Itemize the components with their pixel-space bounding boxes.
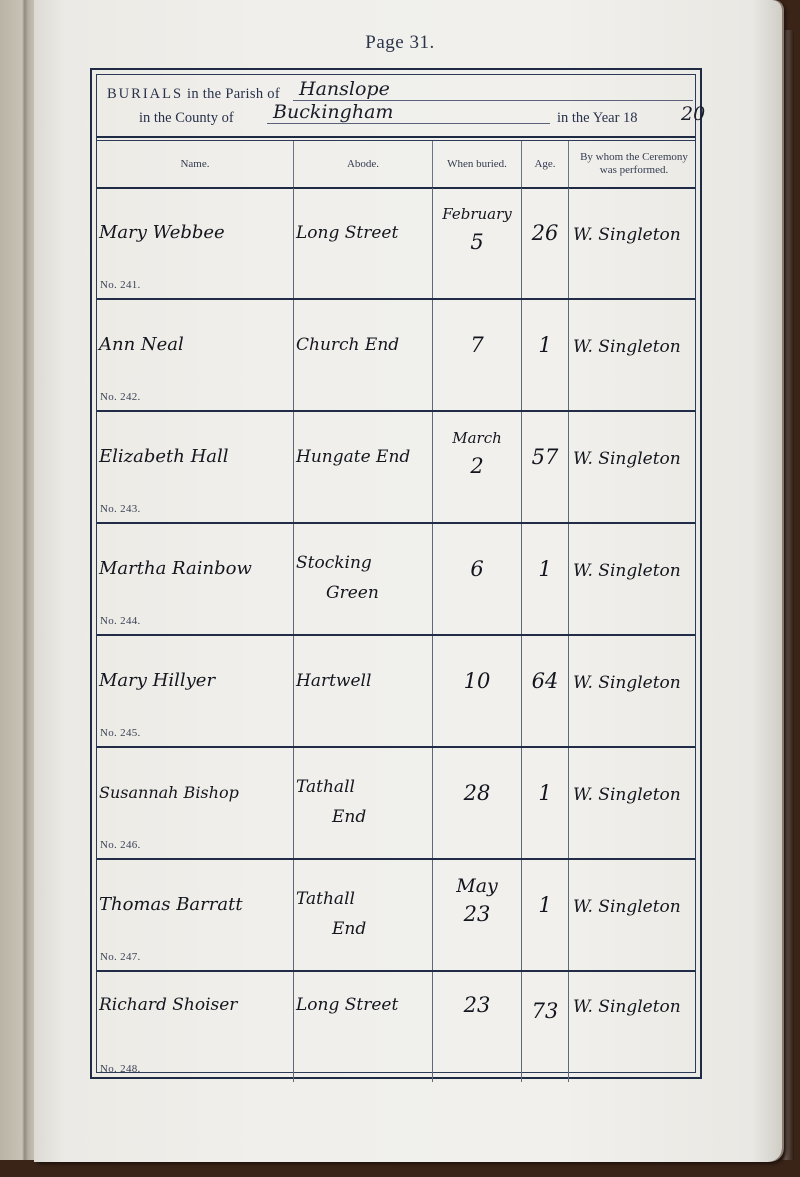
age-cell: 57 <box>522 412 569 522</box>
entry-officiant: W. Singleton <box>573 224 681 246</box>
entry-age: 1 <box>522 558 568 580</box>
table-row: Richard Shoiser No. 248. Long Street 23 … <box>97 972 695 1082</box>
entry-burial-date: February 5 <box>433 200 521 256</box>
entry-name: Thomas Barratt <box>99 894 243 916</box>
entry-age: 26 <box>522 222 568 244</box>
age-cell: 64 <box>522 636 569 746</box>
entry-abode: Hungate End <box>296 446 410 468</box>
entry-abode: Long Street <box>296 994 398 1016</box>
entry-number: No. 245. <box>100 727 141 739</box>
officiant-cell: W. Singleton <box>569 524 699 634</box>
abode-cell: Stocking Green <box>294 524 433 634</box>
entry-abode: Tathall End <box>296 772 366 832</box>
page-edge <box>780 30 794 1160</box>
year-label: in the Year 18 <box>557 110 638 127</box>
entry-burial-day: 23 <box>464 902 491 926</box>
table-row: Mary Hillyer No. 245. Hartwell 10 64 W. … <box>97 636 695 748</box>
year-field: 20 <box>681 103 705 125</box>
name-cell: Thomas Barratt No. 247. <box>97 860 294 970</box>
abode-cell: Tathall End <box>294 748 433 858</box>
entry-name: Elizabeth Hall <box>99 446 229 468</box>
age-cell: 1 <box>522 860 569 970</box>
entry-abode: Church End <box>296 334 399 356</box>
column-header-row: Name. Abode. When buried. Age. By whom t… <box>97 140 695 189</box>
entry-number: No. 241. <box>100 279 141 291</box>
title-county-label: in the County of <box>139 110 234 127</box>
when-buried-cell: 23 <box>433 972 522 1082</box>
table-row: Elizabeth Hall No. 243. Hungate End Marc… <box>97 412 695 524</box>
entry-burial-day: 7 <box>433 334 521 356</box>
column-header-officiant: By whom the Ceremony was performed. <box>569 141 699 187</box>
entry-officiant: W. Singleton <box>573 560 681 582</box>
officiant-cell: W. Singleton <box>569 300 699 410</box>
officiant-cell: W. Singleton <box>569 636 699 746</box>
entry-age: 1 <box>522 334 568 356</box>
entry-age: 64 <box>522 670 568 692</box>
abode-cell: Hungate End <box>294 412 433 522</box>
entry-abode: Long Street <box>296 222 398 244</box>
column-header-when-buried: When buried. <box>433 141 522 187</box>
column-header-abode: Abode. <box>294 141 433 187</box>
when-buried-cell: 10 <box>433 636 522 746</box>
table-row: Martha Rainbow No. 244. Stocking Green 6… <box>97 524 695 636</box>
title-parish-label: in the Parish of <box>187 86 280 102</box>
entry-name: Mary Hillyer <box>99 670 215 692</box>
abode-cell: Hartwell <box>294 636 433 746</box>
name-cell: Mary Hillyer No. 245. <box>97 636 294 746</box>
table-row: Ann Neal No. 242. Church End 7 1 W. Sing… <box>97 300 695 412</box>
entry-abode: Hartwell <box>296 670 371 692</box>
entry-burial-day: 10 <box>433 670 521 692</box>
entry-burial-month: May <box>433 872 521 900</box>
entry-burial-day: 23 <box>433 994 521 1016</box>
entry-name: Martha Rainbow <box>99 558 252 580</box>
name-cell: Ann Neal No. 242. <box>97 300 294 410</box>
entry-officiant: W. Singleton <box>573 996 681 1018</box>
officiant-cell: W. Singleton <box>569 748 699 858</box>
entry-name: Susannah Bishop <box>99 782 239 804</box>
entry-burial-day: 28 <box>433 782 521 804</box>
title-line-parish: BURIALS in the Parish of <box>107 86 280 103</box>
entry-officiant: W. Singleton <box>573 336 681 358</box>
entry-number: No. 244. <box>100 615 141 627</box>
entry-burial-day: 5 <box>470 230 483 254</box>
entry-burial-date: March 2 <box>433 424 521 480</box>
name-cell: Richard Shoiser No. 248. <box>97 972 294 1082</box>
entry-burial-month: March <box>433 424 521 452</box>
entry-officiant: W. Singleton <box>573 672 681 694</box>
when-buried-cell: 28 <box>433 748 522 858</box>
title-burials: BURIALS <box>107 86 183 102</box>
officiant-cell: W. Singleton <box>569 188 699 298</box>
when-buried-cell: February 5 <box>433 188 522 298</box>
age-cell: 1 <box>522 524 569 634</box>
abode-cell: Tathall End <box>294 860 433 970</box>
parish-field: Hanslope <box>293 79 693 101</box>
when-buried-cell: 6 <box>433 524 522 634</box>
entry-name: Mary Webbee <box>99 222 225 244</box>
entry-burial-month: February <box>433 200 521 228</box>
entry-burial-date: May 23 <box>433 872 521 928</box>
column-header-name: Name. <box>97 141 294 187</box>
abode-cell: Long Street <box>294 972 433 1082</box>
entry-officiant: W. Singleton <box>573 896 681 918</box>
table-row: Thomas Barratt No. 247. Tathall End May … <box>97 860 695 972</box>
entry-officiant: W. Singleton <box>573 784 681 806</box>
name-cell: Mary Webbee No. 241. <box>97 188 294 298</box>
officiant-cell: W. Singleton <box>569 412 699 522</box>
burial-register-table: BURIALS in the Parish of Hanslope in the… <box>90 68 702 1079</box>
entry-name: Richard Shoiser <box>99 994 237 1016</box>
entry-officiant: W. Singleton <box>573 448 681 470</box>
entry-age: 73 <box>522 1000 568 1022</box>
entry-abode-line2: Green <box>296 583 379 603</box>
entry-age: 1 <box>522 894 568 916</box>
officiant-cell: W. Singleton <box>569 972 699 1082</box>
page-number: Page 31. <box>0 32 800 54</box>
when-buried-cell: 7 <box>433 300 522 410</box>
county-field: Buckingham <box>267 102 550 124</box>
column-header-age: Age. <box>522 141 569 187</box>
entry-number: No. 248. <box>100 1063 141 1075</box>
entry-number: No. 242. <box>100 391 141 403</box>
entry-number: No. 243. <box>100 503 141 515</box>
entry-abode-line1: Tathall <box>296 777 355 797</box>
entry-abode-line1: Tathall <box>296 889 355 909</box>
age-cell: 1 <box>522 748 569 858</box>
entry-abode: Stocking Green <box>296 548 379 608</box>
entry-number: No. 246. <box>100 839 141 851</box>
entry-abode-line2: End <box>296 807 366 827</box>
when-buried-cell: May 23 <box>433 860 522 970</box>
register-inner-frame: BURIALS in the Parish of Hanslope in the… <box>96 74 696 1073</box>
entry-burial-day: 6 <box>433 558 521 580</box>
register-title-block: BURIALS in the Parish of Hanslope in the… <box>97 75 695 138</box>
when-buried-cell: March 2 <box>433 412 522 522</box>
age-cell: 73 <box>522 972 569 1082</box>
age-cell: 26 <box>522 188 569 298</box>
name-cell: Susannah Bishop No. 246. <box>97 748 294 858</box>
age-cell: 1 <box>522 300 569 410</box>
entry-age: 57 <box>522 446 568 468</box>
entry-number: No. 247. <box>100 951 141 963</box>
officiant-cell: W. Singleton <box>569 860 699 970</box>
entry-abode: Tathall End <box>296 884 366 944</box>
officiant-header-line1: By whom the Ceremony <box>580 151 688 163</box>
name-cell: Martha Rainbow No. 244. <box>97 524 294 634</box>
table-row: Mary Webbee No. 241. Long Street Februar… <box>97 188 695 300</box>
officiant-header-line2: was performed. <box>600 164 668 176</box>
abode-cell: Long Street <box>294 188 433 298</box>
entry-abode-line1: Stocking <box>296 553 372 573</box>
abode-cell: Church End <box>294 300 433 410</box>
entry-burial-day: 2 <box>470 454 483 478</box>
entry-abode-line2: End <box>296 919 366 939</box>
table-row: Susannah Bishop No. 246. Tathall End 28 … <box>97 748 695 860</box>
entry-age: 1 <box>522 782 568 804</box>
entry-name: Ann Neal <box>99 334 184 356</box>
name-cell: Elizabeth Hall No. 243. <box>97 412 294 522</box>
